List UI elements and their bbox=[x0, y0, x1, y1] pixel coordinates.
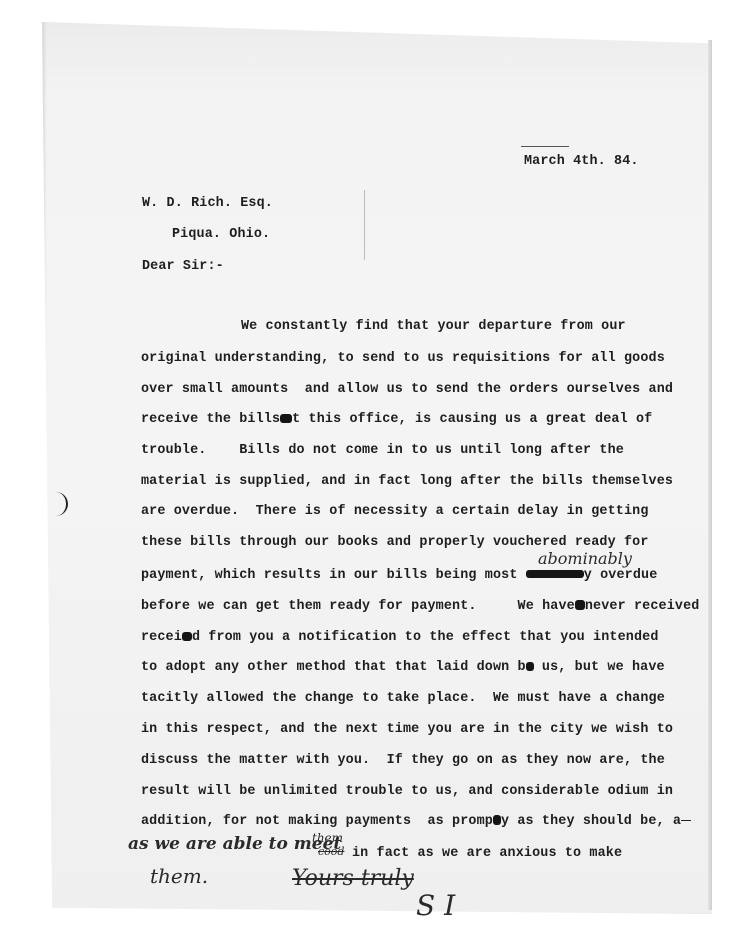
body-line-12: to adopt any other method that that laid… bbox=[141, 661, 665, 674]
body-line-9: payment, which results in our bills bein… bbox=[141, 569, 657, 582]
recipient-location: Piqua. Ohio. bbox=[172, 228, 270, 241]
body-line-5: trouble. Bills do not come in to us unti… bbox=[141, 444, 624, 457]
ink-blot bbox=[575, 600, 585, 610]
pencil-dash bbox=[521, 146, 569, 147]
body-text: d from you a notification to the effect … bbox=[192, 630, 659, 645]
body-line-14: in this respect, and the next time you a… bbox=[141, 723, 673, 736]
fold-line bbox=[364, 190, 365, 260]
body-text: addition, for not making payments as pro… bbox=[141, 814, 493, 829]
body-line-18: in fact as we are anxious to make bbox=[352, 847, 622, 860]
body-text: t this office, is causing us a great dea… bbox=[292, 412, 652, 427]
body-line-15: discuss the matter with you. If they go … bbox=[141, 754, 665, 767]
ink-blot bbox=[526, 662, 534, 671]
hyphen-stroke bbox=[681, 820, 691, 821]
salutation: Dear Sir:- bbox=[142, 260, 224, 273]
body-text: y overdue bbox=[584, 568, 658, 583]
handwritten-insert-line: as we are able to meet bbox=[128, 836, 341, 853]
ink-blot bbox=[280, 414, 292, 423]
body-text: recei bbox=[141, 630, 182, 645]
letter-date: March 4th. 84. bbox=[524, 155, 639, 168]
body-text: receive the bills bbox=[141, 412, 280, 427]
body-line-17: addition, for not making payments as pro… bbox=[141, 815, 691, 828]
body-line-2: original understanding, to send to us re… bbox=[141, 352, 665, 365]
body-line-7: are overdue. There is of necessity a cer… bbox=[141, 505, 649, 518]
body-text: payment, which results in our bills bein… bbox=[141, 568, 518, 583]
body-text: never received bbox=[585, 599, 700, 614]
handwritten-closing: Yours truly bbox=[292, 868, 414, 890]
handwritten-abominably: abominably bbox=[538, 551, 632, 567]
body-line-3: over small amounts and allow us to send … bbox=[141, 383, 673, 396]
struck-out-word bbox=[526, 570, 584, 578]
ink-blot bbox=[182, 632, 192, 641]
body-text: to adopt any other method that that laid… bbox=[141, 660, 526, 675]
body-line-11: receid from you a notification to the ef… bbox=[141, 631, 659, 644]
body-line-4: receive the billst this office, is causi… bbox=[141, 413, 652, 426]
body-line-13: tacitly allowed the change to take place… bbox=[141, 692, 665, 705]
body-line-8: these bills through our books and proper… bbox=[141, 536, 649, 549]
handwritten-them: them. bbox=[150, 866, 208, 886]
body-line-6: material is supplied, and in fact long a… bbox=[141, 475, 673, 488]
recipient-name: W. D. Rich. Esq. bbox=[142, 197, 273, 210]
body-line-10: before we can get them ready for payment… bbox=[141, 600, 699, 613]
page-edge bbox=[708, 40, 712, 910]
body-text: before we can get them ready for payment… bbox=[141, 599, 575, 614]
body-text: us, but we have bbox=[534, 660, 665, 675]
ink-blot bbox=[493, 815, 501, 825]
body-line-16: result will be unlimited trouble to us, … bbox=[141, 785, 673, 798]
handwritten-initials: S I bbox=[416, 892, 455, 920]
body-text: y as they should be, a bbox=[501, 814, 681, 829]
body-line-1: We constantly find that your departure f… bbox=[241, 320, 626, 333]
struck-word: cood bbox=[318, 846, 344, 857]
handwritten-them-above: them bbox=[312, 832, 343, 844]
